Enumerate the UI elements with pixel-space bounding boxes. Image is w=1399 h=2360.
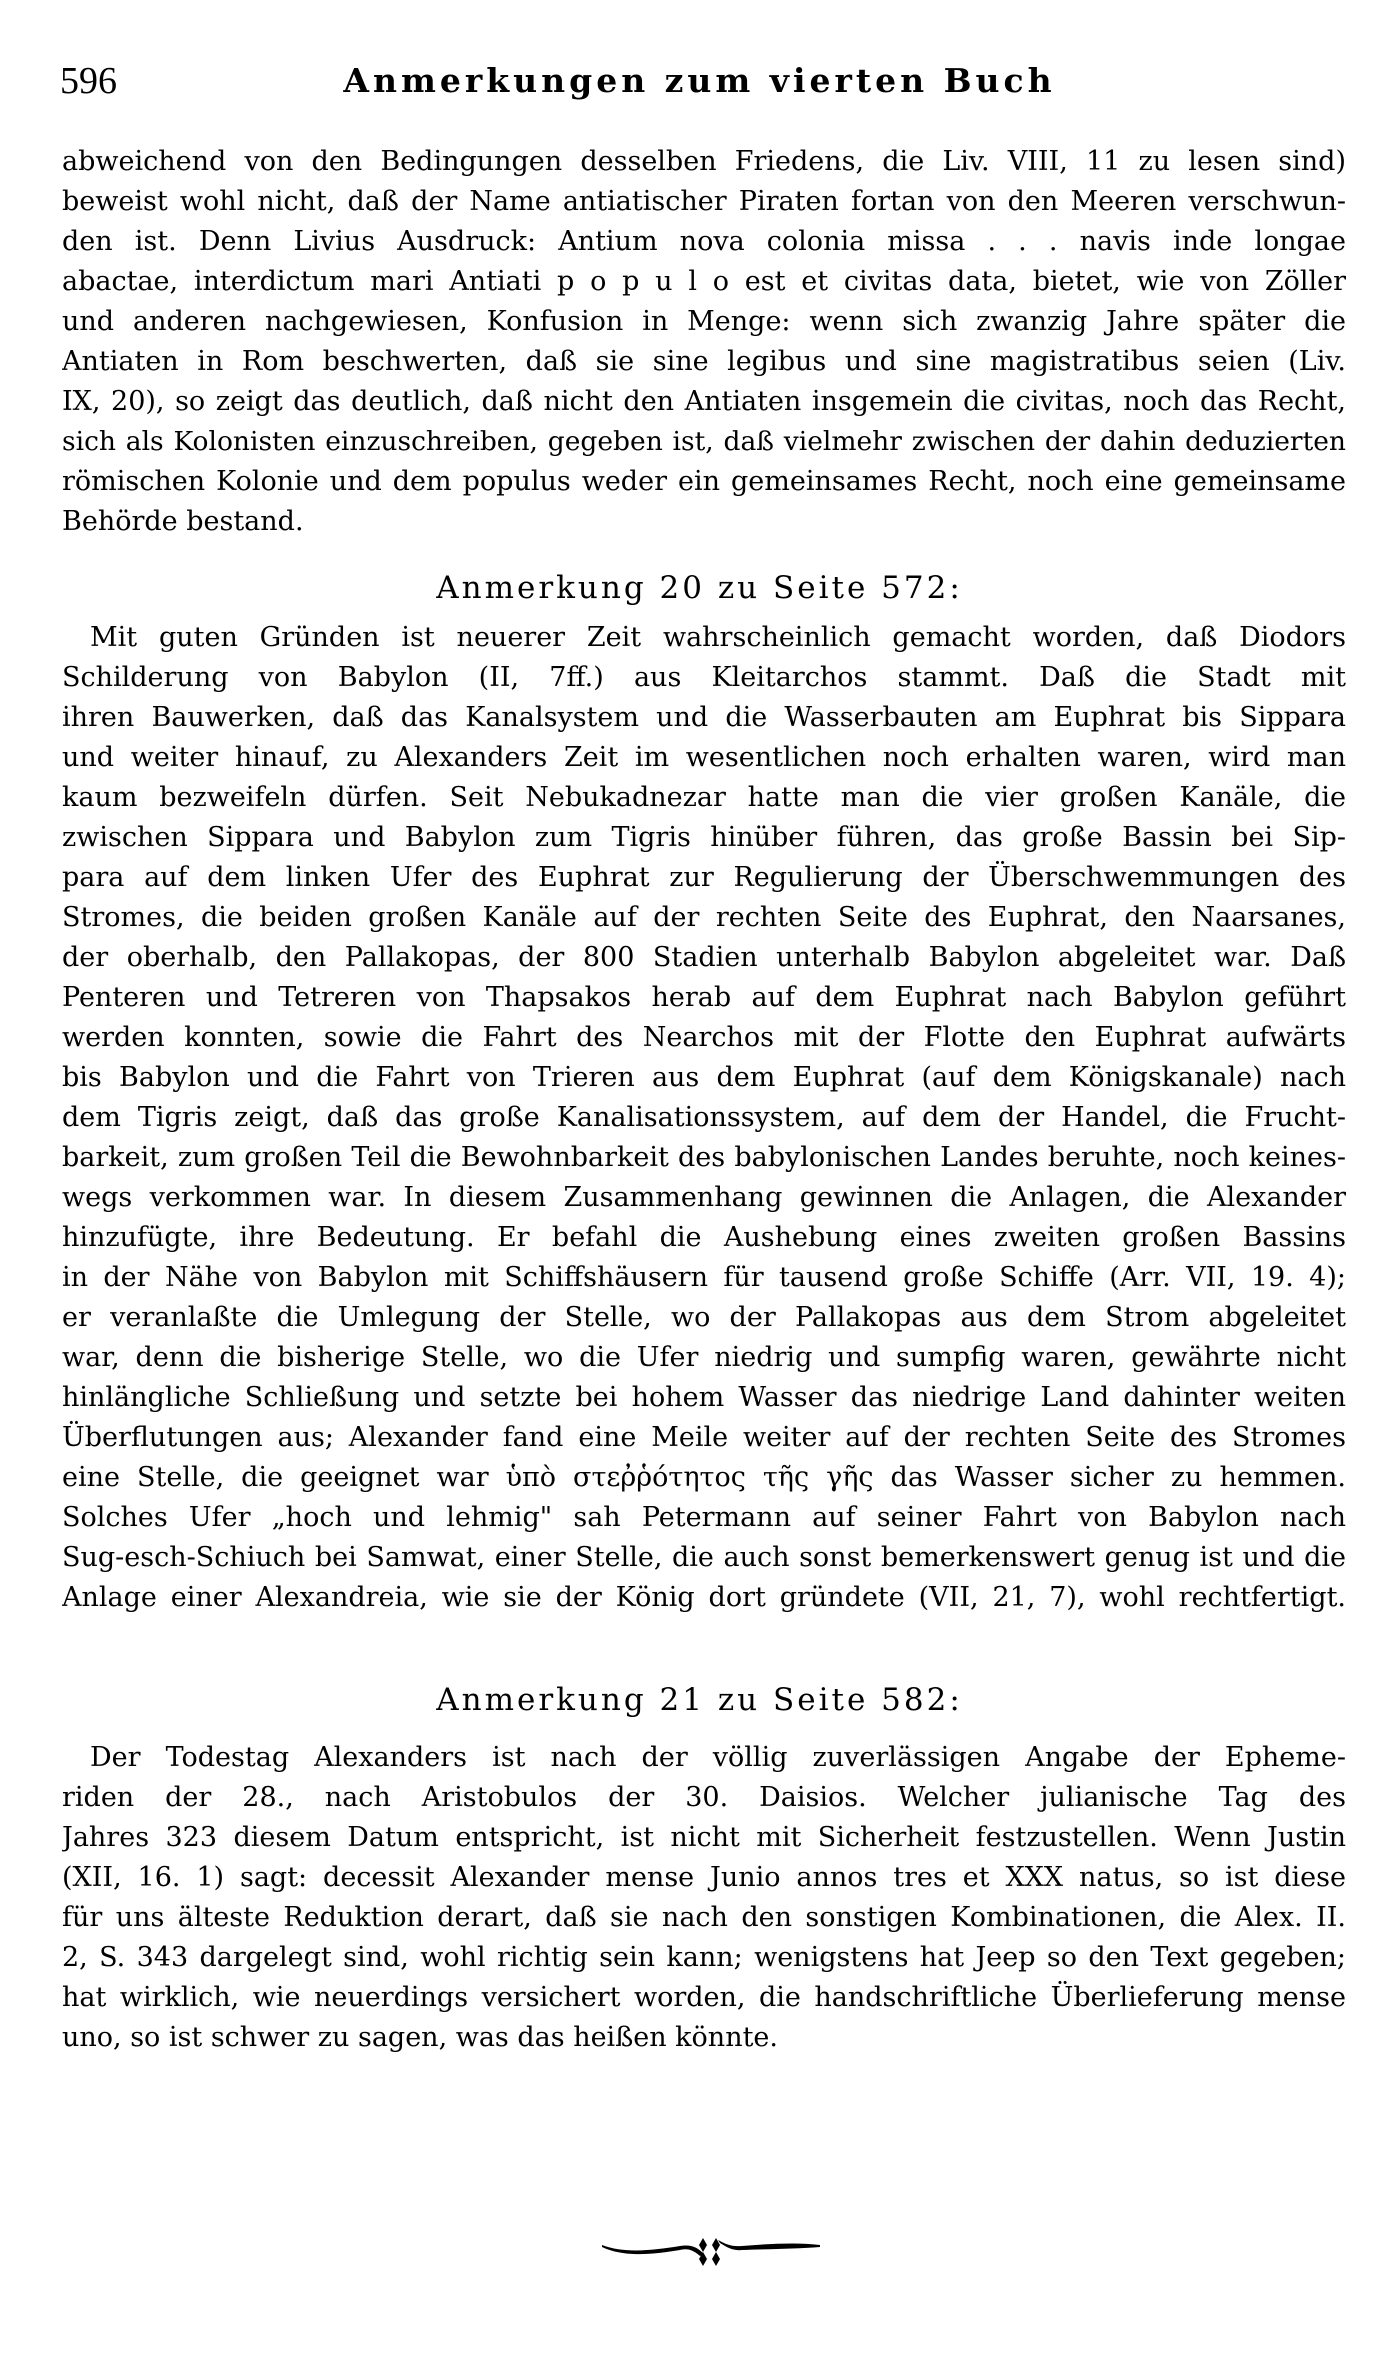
note-21-heading: Anmerkung 21 zu Seite 582: bbox=[0, 1678, 1399, 1722]
text-line: hinlängliche Schließung und setzte bei h… bbox=[62, 1378, 1346, 1418]
text-line: zwischen Sippara und Babylon zum Tigris … bbox=[62, 818, 1346, 858]
text-line: und anderen nachgewiesen, Konfusion in M… bbox=[62, 302, 1346, 342]
text-line: Penteren und Tetreren von Thapsakos hera… bbox=[62, 978, 1346, 1018]
text-line: Antiaten in Rom beschwerten, daß sie sin… bbox=[62, 342, 1346, 382]
text-line: bis Babylon und die Fahrt von Trieren au… bbox=[62, 1058, 1346, 1098]
text-line: werden konnten, sowie die Fahrt des Near… bbox=[62, 1018, 1346, 1058]
text-line: wegs verkommen war. In diesem Zusammenha… bbox=[62, 1178, 1346, 1218]
text-line: kaum bezweifeln dürfen. Seit Nebukadneza… bbox=[62, 778, 1346, 818]
text-line: 2, S. 343 dargelegt sind, wohl richtig s… bbox=[62, 1938, 1346, 1978]
text-line: Schilderung von Babylon (II, 7ff.) aus K… bbox=[62, 658, 1346, 698]
text-line: abactae, interdictum mari Antiati p o p … bbox=[62, 262, 1346, 302]
text-line: er veranlaßte die Umlegung der Stelle, w… bbox=[62, 1298, 1346, 1338]
text-line: abweichend von den Bedingungen desselben… bbox=[62, 142, 1346, 182]
continuation-paragraph: abweichend von den Bedingungen desselben… bbox=[62, 142, 1346, 542]
text-line: Jahres 323 diesem Datum entspricht, ist … bbox=[62, 1818, 1346, 1858]
text-line: Behörde bestand. bbox=[62, 502, 1346, 542]
text-line: barkeit, zum großen Teil die Bewohnbarke… bbox=[62, 1138, 1346, 1178]
text-line: Der Todestag Alexanders ist nach der völ… bbox=[62, 1738, 1346, 1778]
text-line: uno, so ist schwer zu sagen, was das hei… bbox=[62, 2018, 1346, 2058]
running-title: Anmerkungen zum vierten Buch bbox=[0, 58, 1399, 104]
text-line: und weiter hinauf, zu Alexanders Zeit im… bbox=[62, 738, 1346, 778]
text-line: Überflutungen aus; Alexander fand eine M… bbox=[62, 1418, 1346, 1458]
text-line: war, denn die bisherige Stelle, wo die U… bbox=[62, 1338, 1346, 1378]
text-line: Stromes, die beiden großen Kanäle auf de… bbox=[62, 898, 1346, 938]
text-line: sich als Kolonisten einzuschreiben, gege… bbox=[62, 422, 1346, 462]
text-line: riden der 28., nach Aristobulos der 30. … bbox=[62, 1778, 1346, 1818]
text-line: der oberhalb, den Pallakopas, der 800 St… bbox=[62, 938, 1346, 978]
text-line: den ist. Denn Livius Ausdruck: Antium no… bbox=[62, 222, 1346, 262]
text-line: Mit guten Gründen ist neuerer Zeit wahrs… bbox=[62, 618, 1346, 658]
text-line: eine Stelle, die geeignet war ὑπὸ στεῤῥό… bbox=[62, 1458, 1346, 1498]
text-line: IX, 20), so zeigt das deutlich, daß nich… bbox=[62, 382, 1346, 422]
text-line: ihren Bauwerken, daß das Kanalsystem und… bbox=[62, 698, 1346, 738]
text-line: hat wirklich, wie neuerdings versichert … bbox=[62, 1978, 1346, 2018]
note-20-heading: Anmerkung 20 zu Seite 572: bbox=[0, 566, 1399, 610]
text-line: hinzufügte, ihre Bedeutung. Er befahl di… bbox=[62, 1218, 1346, 1258]
text-line: Solches Ufer „hoch und lehmig" sah Peter… bbox=[62, 1498, 1346, 1538]
text-line: römischen Kolonie und dem populus weder … bbox=[62, 462, 1346, 502]
text-line: para auf dem linken Ufer des Euphrat zur… bbox=[62, 858, 1346, 898]
note-20-body: Mit guten Gründen ist neuerer Zeit wahrs… bbox=[62, 618, 1346, 1618]
note-21-body: Der Todestag Alexanders ist nach der völ… bbox=[62, 1738, 1346, 2058]
text-line: Anlage einer Alexandreia, wie sie der Kö… bbox=[62, 1578, 1346, 1618]
book-page: 596 Anmerkungen zum vierten Buch abweich… bbox=[0, 0, 1399, 2360]
text-line: beweist wohl nicht, daß der Name antiati… bbox=[62, 182, 1346, 222]
text-line: Sug-esch-Schiuch bei Samwat, einer Stell… bbox=[62, 1538, 1346, 1578]
text-line: (XII, 16. 1) sagt: decessit Alexander me… bbox=[62, 1858, 1346, 1898]
text-line: in der Nähe von Babylon mit Schiffshäuse… bbox=[62, 1258, 1346, 1298]
text-line: für uns älteste Reduktion derart, daß si… bbox=[62, 1898, 1346, 1938]
end-of-chapter-flourish-icon bbox=[600, 2232, 822, 2272]
text-line: dem Tigris zeigt, daß das große Kanalisa… bbox=[62, 1098, 1346, 1138]
